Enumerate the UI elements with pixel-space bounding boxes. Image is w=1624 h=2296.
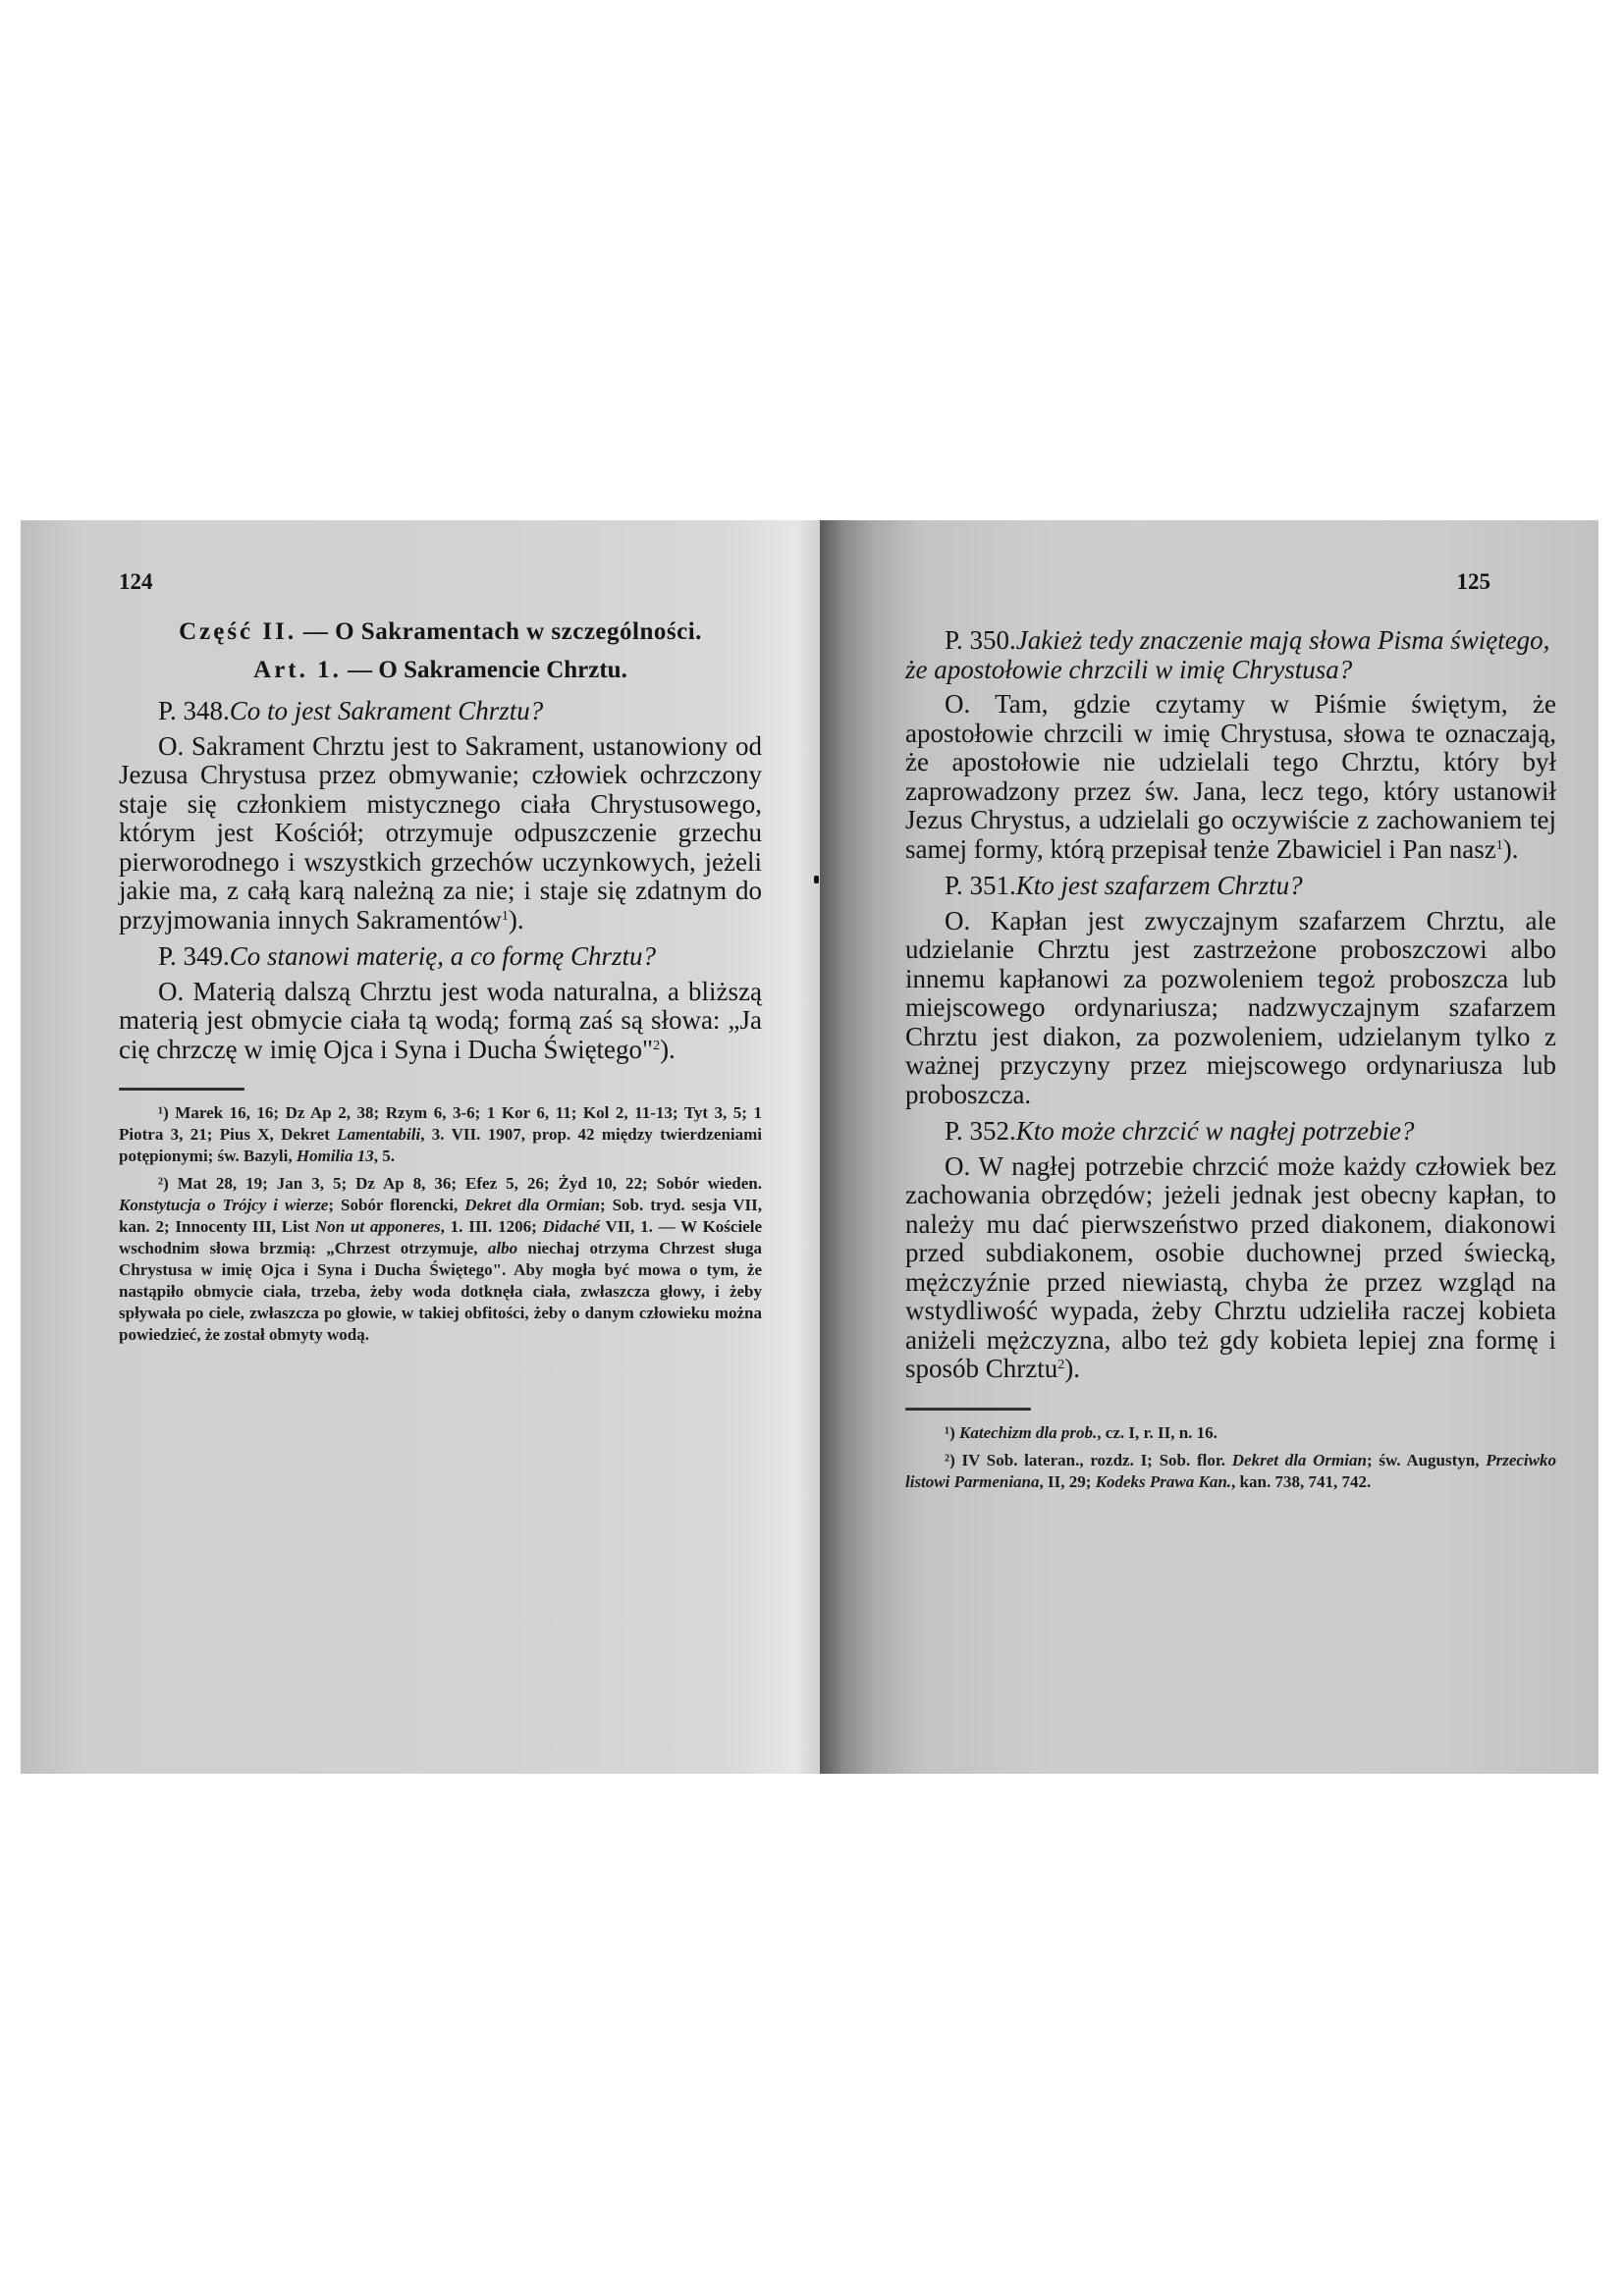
footnote-citation-title: albo: [488, 1239, 517, 1257]
question: P. 352.Kto może chrzcić w nagłej potrzeb…: [905, 1117, 1556, 1147]
footnote-text: IV Sob. lateran., rozdz. I; Sob. flor.: [961, 1451, 1231, 1469]
footnote-citation-title: Homilia 13: [297, 1147, 374, 1165]
left-sections: P. 348.Co to jest Sakrament Chrztu?O. Sa…: [119, 697, 762, 1064]
page-number: 124: [119, 569, 153, 595]
book-scan: 124 Część II. — O Sakramentach w szczegó…: [21, 520, 1598, 1774]
footnote: ¹) Marek 16, 16; Dz Ap 2, 38; Rzym 6, 3-…: [119, 1102, 762, 1167]
footnote-citation-title: Kodeks Prawa Kan.: [1096, 1472, 1231, 1491]
part-heading-label: Część II.: [179, 618, 297, 645]
answer-end: ).: [509, 905, 524, 934]
question-number: P. 348.: [158, 696, 230, 725]
question-number: P. 352.: [945, 1116, 1016, 1146]
footnote-citation-title: Dekret dla Ormian: [1232, 1451, 1367, 1469]
answer: O. Materią dalszą Chrztu jest woda natur…: [119, 978, 762, 1065]
footnote: ²) IV Sob. lateran., rozdz. I; Sob. flor…: [905, 1450, 1556, 1493]
part-heading: Część II. — O Sakramentach w szczególnoś…: [119, 616, 762, 648]
right-page-body: P. 350.Jakież tedy znaczenie mają słowa …: [905, 618, 1556, 1499]
question-text: Kto jest szafarzem Chrztu?: [1016, 871, 1303, 900]
footnote: ²) Mat 28, 19; Jan 3, 5; Dz Ap 8, 36; Ef…: [119, 1173, 762, 1346]
footnote-citation-title: Dekret dla Ormian: [464, 1196, 600, 1214]
footnote-text: , 5.: [374, 1147, 395, 1165]
answer-text: O. Kapłan jest zwyczajnym szafarzem Chrz…: [905, 906, 1556, 1109]
answer-text: O. Tam, gdzie czytamy w Piśmie świętym, …: [905, 689, 1556, 864]
page-number: 125: [1457, 569, 1491, 595]
answer: O. W nagłej potrzebie chrzcić może każdy…: [905, 1152, 1556, 1384]
article-heading-label: Art. 1.: [253, 657, 342, 683]
footnote-text: , kan. 738, 741, 742.: [1231, 1472, 1371, 1491]
footnote-text: , II, 29;: [1040, 1472, 1096, 1491]
article-heading: Art. 1. — O Sakramencie Chrztu.: [119, 652, 762, 689]
footnote-citation-title: Non ut apponeres: [315, 1217, 441, 1236]
answer: O. Tam, gdzie czytamy w Piśmie świętym, …: [905, 690, 1556, 864]
part-heading-title: — O Sakramentach w szczególności.: [297, 618, 702, 645]
footnote-ref: 1: [1496, 838, 1503, 853]
question: P. 349.Co stanowi materię, a co formę Ch…: [119, 942, 762, 972]
footnote-text: ; św. Augustyn,: [1367, 1451, 1486, 1469]
answer-text: O. W nagłej potrzebie chrzcić może każdy…: [905, 1151, 1556, 1384]
question: P. 351.Kto jest szafarzem Chrztu?: [905, 872, 1556, 901]
question-text: Kto może chrzcić w nagłej potrzebie?: [1016, 1116, 1415, 1146]
footnote-marker: ¹): [158, 1103, 175, 1122]
footnote-marker: ¹): [945, 1423, 959, 1442]
answer-end: ).: [660, 1035, 676, 1064]
left-footnotes: ¹) Marek 16, 16; Dz Ap 2, 38; Rzym 6, 3-…: [119, 1102, 762, 1346]
footnote-separator: [905, 1408, 1031, 1411]
footnote-text: Mat 28, 19; Jan 3, 5; Dz Ap 8, 36; Efez …: [178, 1174, 762, 1193]
footnote-citation-title: Konstytucja o Trójcy i wierze: [119, 1196, 328, 1214]
answer-text: O. Sakrament Chrztu jest to Sakrament, u…: [119, 731, 762, 934]
question-text: Co stanowi materię, a co formę Chrztu?: [230, 941, 656, 971]
footnote-text: ; Sobór florencki,: [328, 1196, 464, 1214]
answer-end: ).: [1503, 834, 1519, 864]
right-page: 125 P. 350.Jakież tedy znaczenie mają sł…: [820, 520, 1598, 1774]
right-footnotes: ¹) Katechizm dla prob., cz. I, r. II, n.…: [905, 1422, 1556, 1493]
scan-speck: [814, 876, 819, 883]
right-sections: P. 350.Jakież tedy znaczenie mają słowa …: [905, 626, 1556, 1384]
footnote-text: , cz. I, r. II, n. 16.: [1097, 1423, 1218, 1442]
footnote-marker: ²): [158, 1174, 178, 1193]
article-heading-title: — O Sakramencie Chrztu.: [342, 657, 627, 683]
question-text: Co to jest Sakrament Chrztu?: [230, 696, 544, 725]
footnote-ref: 1: [502, 909, 509, 924]
question: P. 350.Jakież tedy znaczenie mają słowa …: [905, 626, 1556, 684]
question-number: P. 349.: [158, 941, 230, 971]
question-number: P. 351.: [945, 871, 1016, 900]
footnote-ref: 2: [653, 1039, 660, 1053]
left-page: 124 Część II. — O Sakramentach w szczegó…: [21, 520, 820, 1774]
left-page-body: Część II. — O Sakramentach w szczególnoś…: [119, 616, 762, 1352]
footnote-separator: [119, 1088, 244, 1091]
question: P. 348.Co to jest Sakrament Chrztu?: [119, 697, 762, 726]
footnote: ¹) Katechizm dla prob., cz. I, r. II, n.…: [905, 1422, 1556, 1444]
footnote-citation-title: Katechizm dla prob.: [959, 1423, 1097, 1442]
question-number: P. 350.: [945, 625, 1016, 655]
answer-end: ).: [1064, 1354, 1080, 1383]
answer: O. Kapłan jest zwyczajnym szafarzem Chrz…: [905, 907, 1556, 1110]
footnote-marker: ²): [945, 1451, 961, 1469]
footnote-text: , 1. III. 1206;: [441, 1217, 543, 1236]
footnote-citation-title: Lamentabili: [337, 1125, 420, 1144]
footnote-citation-title: Didaché: [543, 1217, 601, 1236]
answer: O. Sakrament Chrztu jest to Sakrament, u…: [119, 732, 762, 935]
